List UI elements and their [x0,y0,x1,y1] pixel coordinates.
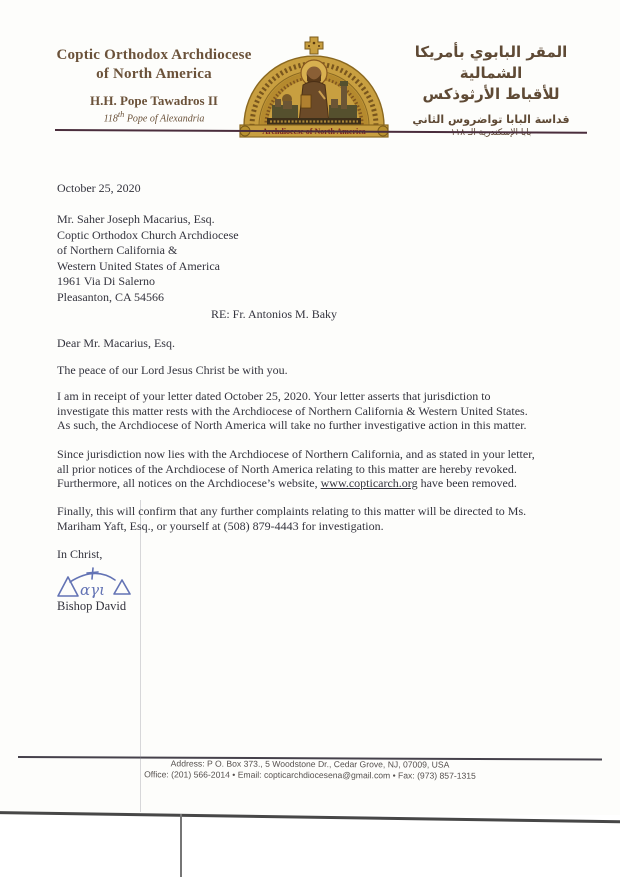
paragraph-3: Finally, this will confirm that any furt… [57,504,526,533]
pope-subtitle: 118th Pope of Alexandria [50,110,258,124]
org-name-line2: of North America [50,65,258,84]
archdiocese-seal-logo: Archdiocese of North America [237,33,391,139]
bishop-signature-icon: αγι [55,565,139,603]
recipient-line: Mr. Saher Joseph Macarius, Esq. [57,212,239,228]
arabic-line3: قداسة البابا تواضروس الثاني [392,113,590,126]
signer-name: Bishop David [57,599,126,614]
paragraph-1: I am in receipt of your letter dated Oct… [57,389,528,433]
header-org-block: Coptic Orthodox Archdiocese of North Ame… [50,46,258,124]
arabic-line2: للأقباط الأرثوذكس [392,84,590,105]
footer-contact-line: Office: (201) 566-2014 • Email: copticar… [0,768,620,781]
footer-contact-block: Address: P O. Box 373., 5 Woodstone Dr.,… [0,758,620,782]
pope-title: H.H. Pope Tawadros II [50,93,258,109]
seal-cross-icon [305,37,323,54]
greeting-line: The peace of our Lord Jesus Christ be wi… [57,363,288,378]
salutation: Dear Mr. Macarius, Esq. [57,336,175,351]
scan-fold-line [180,814,182,877]
recipient-line: Coptic Orthodox Church Archdiocese [57,228,239,244]
closing-line: In Christ, [57,547,102,562]
header-arabic-block: المقر البابوي بأمريكا الشمالية للأقباط ا… [392,42,590,138]
scan-crease-line [140,500,141,812]
seal-christ-icon [299,60,329,123]
scanned-letter-page: Coptic Orthodox Archdiocese of North Ame… [0,0,620,815]
website-link[interactable]: www.copticarch.org [321,476,418,490]
svg-text:αγι: αγι [80,581,105,599]
re-line: RE: Fr. Antonios M. Baky [211,307,337,322]
recipient-line: Western United States of America [57,259,239,275]
letter-date: October 25, 2020 [57,181,141,196]
recipient-line: of Northern California & [57,243,239,259]
recipient-line: Pleasanton, CA 54566 [57,290,239,306]
arabic-line1: المقر البابوي بأمريكا الشمالية [392,42,590,84]
org-name-line1: Coptic Orthodox Archdiocese [50,46,258,65]
recipient-address-block: Mr. Saher Joseph Macarius, Esq. Coptic O… [57,212,239,306]
paragraph-2: Since jurisdiction now lies with the Arc… [57,447,535,491]
recipient-line: 1961 Via Di Salerno [57,274,239,290]
